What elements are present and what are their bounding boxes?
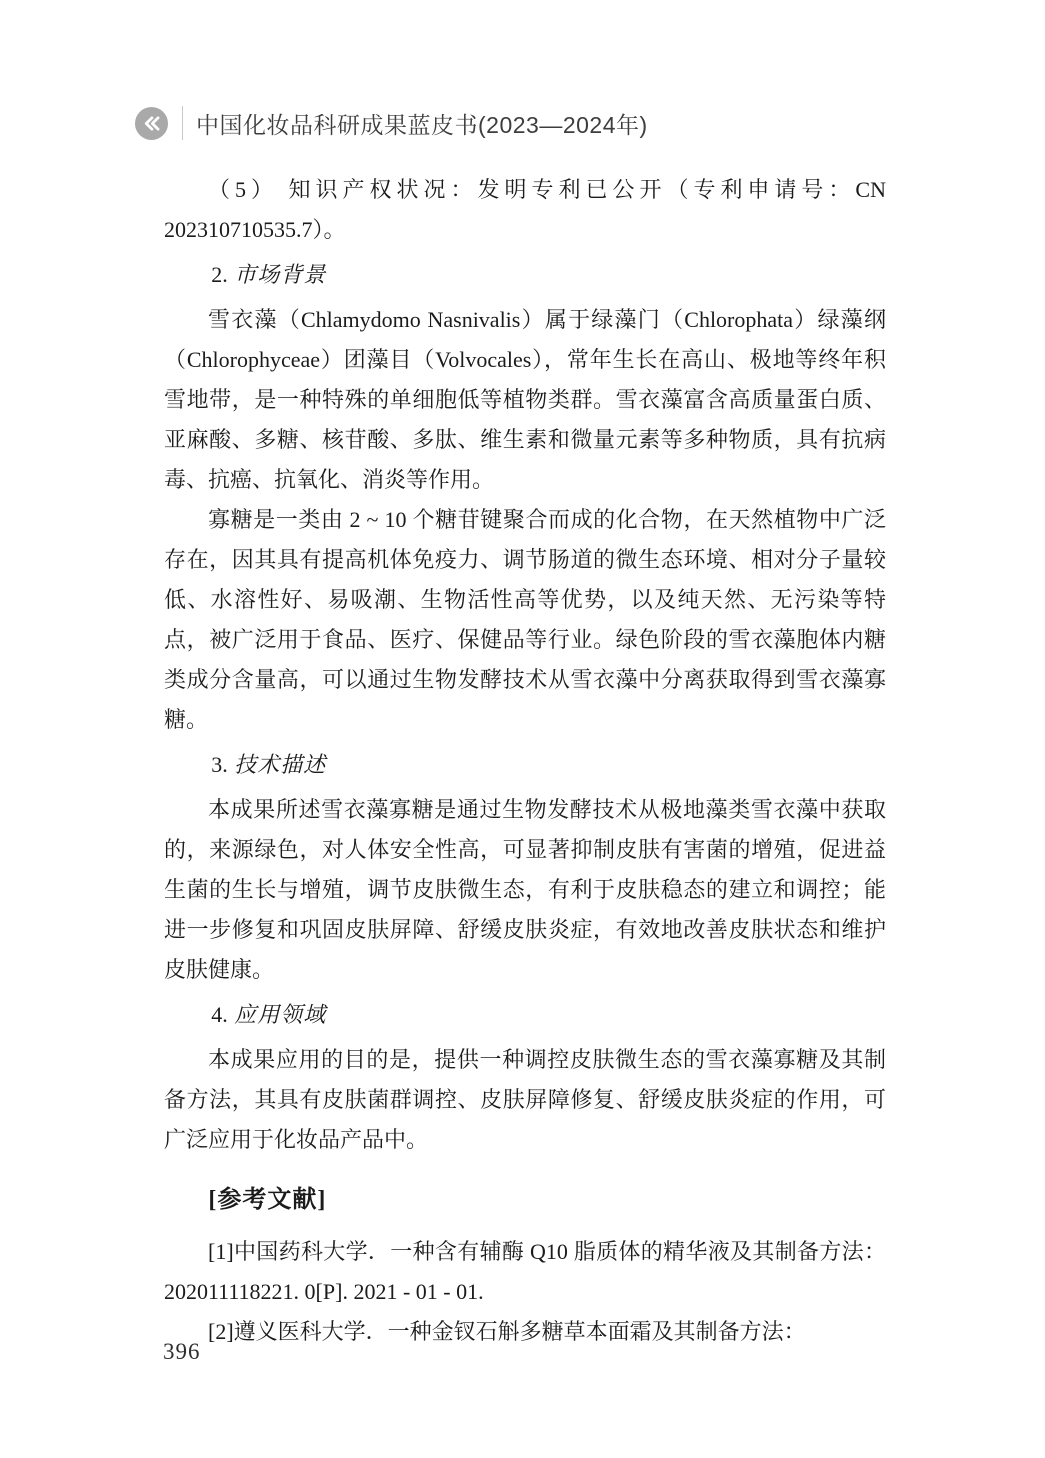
- reference-item-1: [1]中国药科大学．一种含有辅酶 Q10 脂质体的精华液及其制备方法：20201…: [164, 1232, 886, 1312]
- section-heading-technology: 3. 技术描述: [164, 745, 886, 785]
- section-heading-market: 2. 市场背景: [164, 255, 886, 295]
- book-page: 中国化妆品科研成果蓝皮书(2023—2024年) （5） 知识产权状况：发明专利…: [0, 0, 1045, 1458]
- section-heading-application: 4. 应用领域: [164, 995, 886, 1035]
- book-title: 中国化妆品科研成果蓝皮书(2023—2024年): [196, 107, 648, 140]
- reference-item-2: [2]遵义医科大学．一种金钗石斛多糖草本面霜及其制备方法：: [164, 1312, 886, 1352]
- technology-paragraph: 本成果所述雪衣藻寡糖是通过生物发酵技术从极地藻类雪衣藻中获取的，来源绿色，对人体…: [164, 790, 886, 990]
- ip-status-paragraph: （5） 知识产权状况：发明专利已公开（专利申请号：CN 202310710535…: [164, 170, 886, 250]
- market-paragraph-1: 雪衣藻（Chlamydomo Nasnivalis）属于绿藻门（Chloroph…: [164, 300, 886, 500]
- page-number: 396: [163, 1336, 201, 1368]
- application-paragraph: 本成果应用的目的是，提供一种调控皮肤微生态的雪衣藻寡糖及其制备方法，其具有皮肤菌…: [164, 1040, 886, 1160]
- section-title: 市场背景: [234, 262, 326, 287]
- double-chevron-left-icon: [135, 107, 168, 140]
- section-title: 应用领域: [234, 1002, 326, 1027]
- references-heading: [参考文献]: [164, 1178, 886, 1222]
- section-number: 2.: [211, 262, 228, 287]
- header-divider: [182, 106, 183, 140]
- double-chevron-left-glyph: [141, 113, 162, 134]
- section-number: 3.: [211, 752, 228, 777]
- section-title: 技术描述: [234, 752, 326, 777]
- page-content: （5） 知识产权状况：发明专利已公开（专利申请号：CN 202310710535…: [164, 170, 886, 1352]
- running-header: 中国化妆品科研成果蓝皮书(2023—2024年): [135, 106, 648, 140]
- section-number: 4.: [211, 1002, 228, 1027]
- market-paragraph-2: 寡糖是一类由 2 ~ 10 个糖苷键聚合而成的化合物，在天然植物中广泛存在，因其…: [164, 500, 886, 740]
